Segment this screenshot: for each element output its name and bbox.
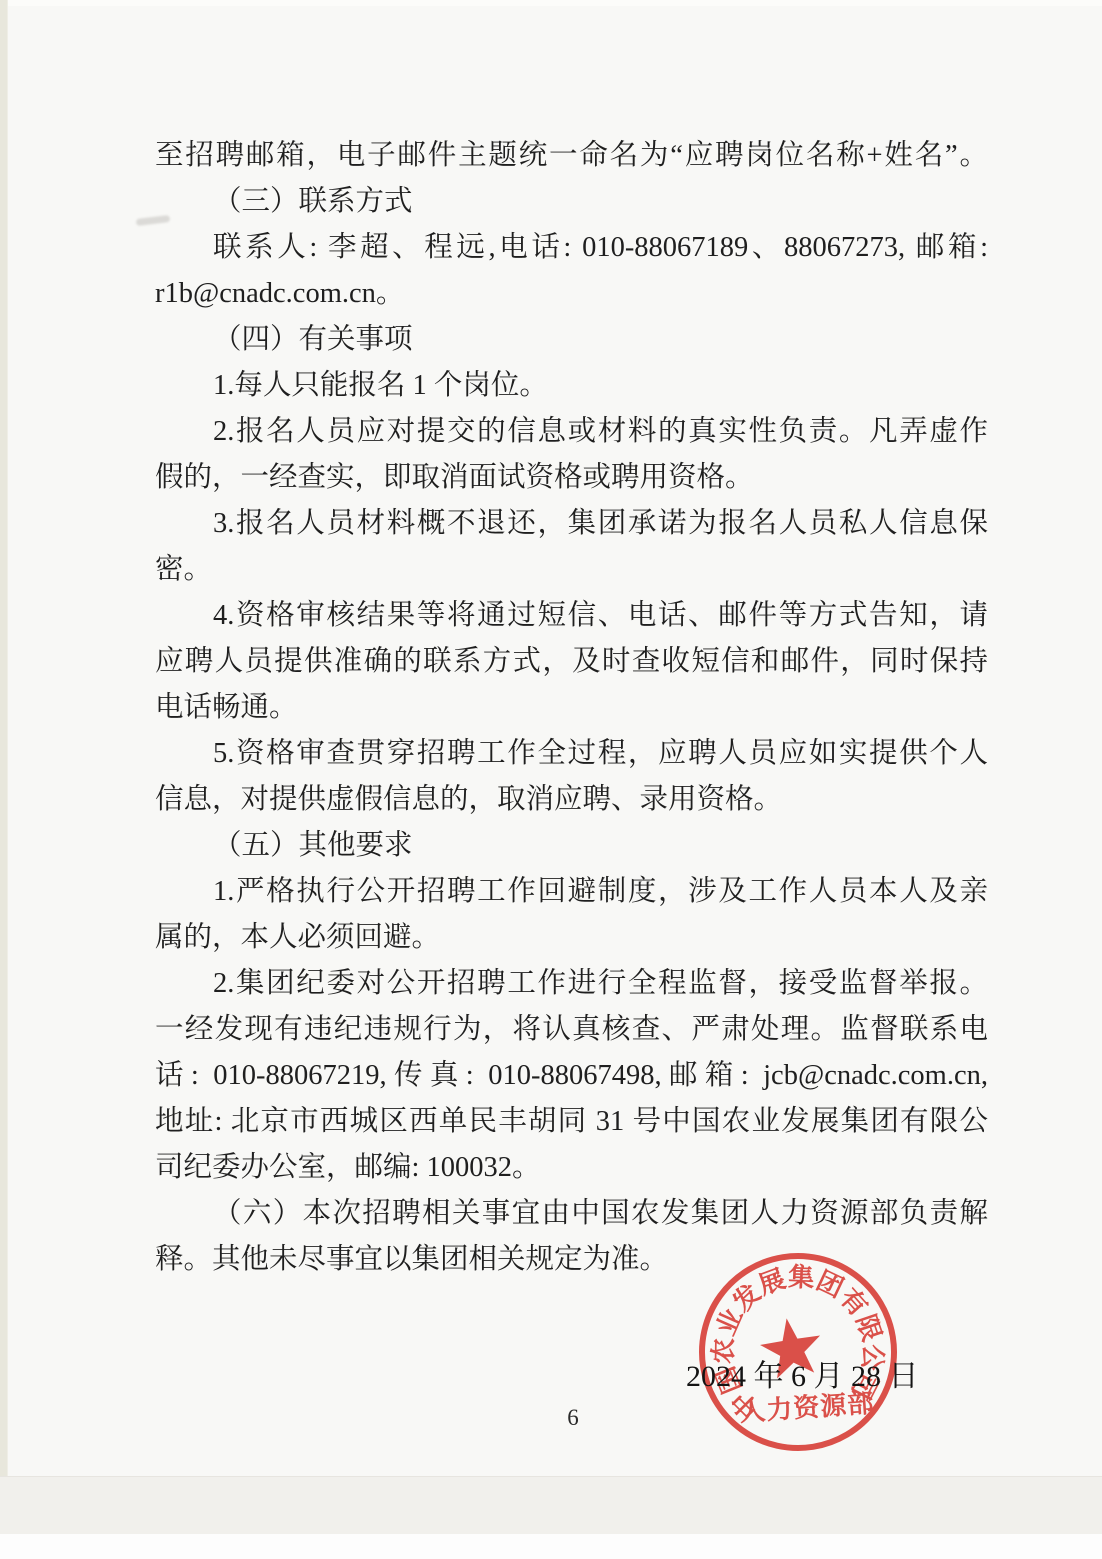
text-line: 3.报名人员材料概不退还，集团承诺为报名人员私人信息保 [155, 501, 988, 547]
text-line: 密。 [155, 547, 988, 593]
text-line: 信息，对提供虚假信息的，取消应聘、录用资格。 [155, 777, 988, 823]
text-line: 司纪委办公室，邮编: 100032。 [155, 1145, 988, 1191]
document-page: 至招聘邮箱，电子邮件主题统一命名为“应聘岗位名称+姓名”。 （三）联系方式 联系… [0, 0, 1102, 1559]
text-line: 属的，本人必须回避。 [155, 915, 988, 961]
company-seal-stamp: 中国农业发展集团有限公司 人力资源部 [680, 1234, 916, 1470]
text-line: （四）有关事项 [155, 317, 988, 363]
scan-edge-shadow [0, 0, 8, 1559]
text-line: 一经发现有违纪违规行为，将认真核查、严肃处理。监督联系电 [155, 1007, 988, 1053]
text-line: 至招聘邮箱，电子邮件主题统一命名为“应聘岗位名称+姓名”。 [155, 133, 988, 179]
scan-bottom-shade [0, 1476, 1102, 1535]
issue-date: 2024 年 6 月 28 日 [686, 1355, 926, 1399]
text-line: 假的，一经查实，即取消面试资格或聘用资格。 [155, 455, 988, 501]
text-line: 应聘人员提供准确的联系方式，及时查收短信和邮件，同时保持 [155, 639, 988, 685]
seal-arc-char: 集 [788, 1262, 815, 1293]
text-line: 1.严格执行公开招聘工作回避制度，涉及工作人员本人及亲 [155, 869, 988, 915]
scan-edge-top [0, 0, 1102, 6]
text-line: （六）本次招聘相关事宜由中国农发集团人力资源部负责解 [155, 1191, 988, 1237]
scan-bottom-strip [0, 1534, 1102, 1559]
text-line: 地址: 北京市西城区西单民丰胡同 31 号中国农业发展集团有限公 [155, 1099, 988, 1145]
text-line: 1.每人只能报名 1 个岗位。 [155, 363, 988, 409]
text-line: 5.资格审查贯穿招聘工作全过程，应聘人员应如实提供个人 [155, 731, 988, 777]
text-line: 2.报名人员应对提交的信息或材料的真实性负责。凡弄虚作 [155, 409, 988, 455]
text-line: （五）其他要求 [155, 823, 988, 869]
text-line: 联系人: 李超、程远,电话: 010-88067189、88067273, 邮箱… [155, 225, 988, 271]
body-text: 至招聘邮箱，电子邮件主题统一命名为“应聘岗位名称+姓名”。 （三）联系方式 联系… [155, 133, 988, 1283]
text-line: r1b@cnadc.com.cn。 [155, 271, 988, 317]
text-line: 话: 010-88067219,传真: 010-88067498,邮箱: jcb… [155, 1053, 988, 1099]
text-line: 2.集团纪委对公开招聘工作进行全程监督，接受监督举报。 [155, 961, 988, 1007]
page-number: 6 [556, 1402, 590, 1434]
text-line: 4.资格审核结果等将通过短信、电话、邮件等方式告知，请 [155, 593, 988, 639]
text-line: 电话畅通。 [155, 685, 988, 731]
text-line: （三）联系方式 [155, 179, 988, 225]
